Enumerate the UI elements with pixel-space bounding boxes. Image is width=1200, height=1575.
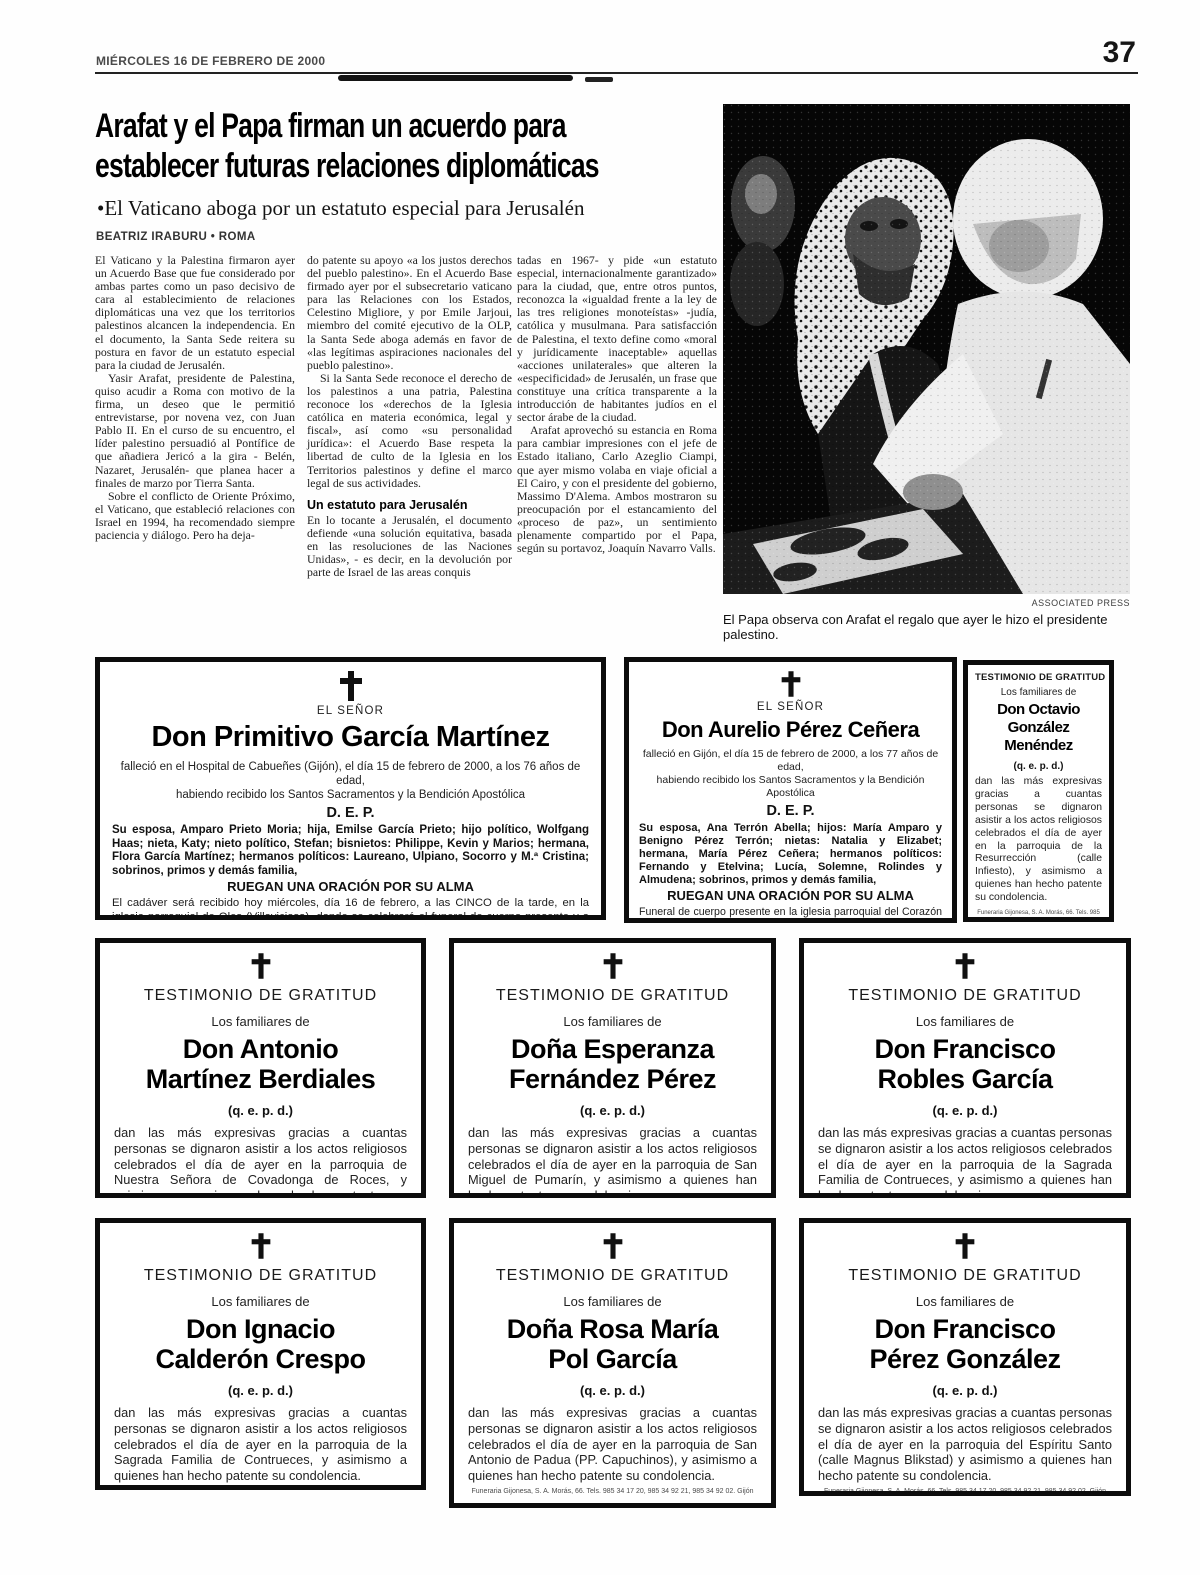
- gratitude-francisco-perez: TESTIMONIO DE GRATITUD Los familiares de…: [799, 1218, 1131, 1496]
- gratitude-intro: Los familiares de: [468, 1014, 757, 1029]
- death-notice-line: falleció en Gijón, el día 15 de febrero …: [639, 748, 942, 774]
- deceased-name: Don Primitivo García Martínez: [112, 721, 589, 754]
- paragraph: Arafat aprovechó su estancia en Roma par…: [517, 424, 717, 555]
- name-line: Pérez González: [818, 1344, 1112, 1374]
- deceased-name: Doña Esperanza Fernández Pérez: [468, 1034, 757, 1094]
- gratitude-body: dan las más expresivas gracias a cuantas…: [818, 1125, 1112, 1198]
- name-line: Don Francisco: [818, 1034, 1112, 1064]
- name-line: Fernández Pérez: [468, 1064, 757, 1094]
- qepd-abbreviation: (q. e. p. d.): [114, 1103, 407, 1118]
- deceased-name: Don Antonio Martínez Berdiales: [114, 1034, 407, 1094]
- gratitude-body: dan las más expresivas gracias a cuantas…: [975, 776, 1102, 905]
- dep-abbreviation: D. E. P.: [639, 803, 942, 819]
- name-line: Don Francisco: [818, 1314, 1112, 1344]
- qepd-abbreviation: (q. e. p. d.): [114, 1383, 407, 1398]
- gratitude-intro: Los familiares de: [468, 1294, 757, 1309]
- family-list: Su esposa, Amparo Prieto Moria; hija, Em…: [112, 824, 589, 878]
- header-rule-blob: [585, 77, 613, 82]
- name-line: Menéndez: [975, 737, 1102, 755]
- funeral-home-line: Funeraria Gijonesa, S. A. Morás, 66. Tel…: [975, 909, 1102, 922]
- funeral-info: El cadáver será recibido hoy miércoles, …: [112, 897, 589, 920]
- deceased-name: Don Francisco Pérez González: [818, 1314, 1112, 1374]
- gratitude-title: TESTIMONIO DE GRATITUD: [818, 1267, 1112, 1285]
- gratitude-title: TESTIMONIO DE GRATITUD: [468, 1267, 757, 1285]
- deceased-name: Don Francisco Robles García: [818, 1034, 1112, 1094]
- latin-cross-icon: [779, 671, 801, 697]
- article-subhead: •El Vaticano aboga por un estatuto espec…: [97, 196, 584, 221]
- news-photo-illustration: [723, 104, 1130, 594]
- gratitude-antonio-martinez: TESTIMONIO DE GRATITUD Los familiares de…: [95, 938, 426, 1198]
- gratitude-rosa-maria-pol: TESTIMONIO DE GRATITUD Los familiares de…: [449, 1218, 776, 1508]
- gratitude-body: dan las más expresivas gracias a cuantas…: [468, 1405, 757, 1484]
- article-column-1: El Vaticano y la Palestina firmaron ayer…: [95, 254, 295, 542]
- gratitude-esperanza-fernandez: TESTIMONIO DE GRATITUD Los familiares de…: [449, 938, 776, 1198]
- header-rule-smudge: [338, 75, 573, 81]
- gratitude-intro: Los familiares de: [818, 1014, 1112, 1029]
- dep-abbreviation: D. E. P.: [112, 805, 589, 821]
- headline-line2: establecer futuras relaciones diplomátic…: [95, 146, 599, 186]
- name-line: Don Octavio: [975, 701, 1102, 719]
- paragraph: En lo tocante a Jerusalén, el documento …: [307, 514, 512, 579]
- gratitude-title: TESTIMONIO DE GRATITUD: [468, 987, 757, 1005]
- name-line: Martínez Berdiales: [114, 1064, 407, 1094]
- name-line: Doña Esperanza: [468, 1034, 757, 1064]
- prayer-request: RUEGAN UNA ORACIÓN POR SU ALMA: [112, 879, 589, 894]
- gratitude-intro: Los familiares de: [114, 1014, 407, 1029]
- name-line: Pol García: [468, 1344, 757, 1374]
- gratitude-body: dan las más expresivas gracias a cuantas…: [114, 1125, 407, 1198]
- paragraph: El Vaticano y la Palestina firmaron ayer…: [95, 254, 295, 372]
- death-notice-line: falleció en el Hospital de Cabueñes (Gij…: [112, 760, 589, 788]
- qepd-abbreviation: (q. e. p. d.): [468, 1103, 757, 1118]
- latin-cross-icon: [249, 953, 271, 979]
- name-line: Don Ignacio: [114, 1314, 407, 1344]
- prayer-request: RUEGAN UNA ORACIÓN POR SU ALMA: [639, 888, 942, 903]
- gratitude-title: TESTIMONIO DE GRATITUD: [975, 672, 1102, 683]
- name-line: Doña Rosa María: [468, 1314, 757, 1344]
- funeral-info: Funeral de cuerpo presente en la iglesia…: [639, 906, 942, 923]
- article-byline: BEATRIZ IRABURU • ROMA: [96, 231, 256, 243]
- latin-cross-icon: [601, 953, 623, 979]
- funeral-home-line: Funeraria Gijonesa, S. A. Morás, 66. Tel…: [818, 1488, 1112, 1496]
- family-list: Su esposa, Ana Terrón Abella; hijos: Mar…: [639, 822, 942, 887]
- obituary-aurelio-perez: EL SEÑOR Don Aurelio Pérez Ceñera fallec…: [624, 657, 957, 923]
- gratitude-intro: Los familiares de: [114, 1294, 407, 1309]
- funeral-home-line: Funeraria Gijonesa, S. A. Morás, 66. Tel…: [468, 1488, 757, 1497]
- deceased-name: Doña Rosa María Pol García: [468, 1314, 757, 1374]
- header-rule: [95, 72, 1138, 74]
- deceased-name: Don Ignacio Calderón Crespo: [114, 1314, 407, 1374]
- name-line: Calderón Crespo: [114, 1344, 407, 1374]
- gratitude-ignacio-calderon: TESTIMONIO DE GRATITUD Los familiares de…: [95, 1218, 426, 1490]
- paragraph: Si la Santa Sede reconoce el derecho de …: [307, 372, 512, 490]
- funeral-home-line: Funeraria Gijonesa, S. A. Morás, 66. Tel…: [114, 1488, 407, 1490]
- qepd-abbreviation: (q. e. p. d.): [818, 1103, 1112, 1118]
- article-column-2: do patente su apoyo «a los justos derech…: [307, 254, 512, 579]
- latin-cross-icon: [954, 1233, 976, 1259]
- gratitude-octavio-gonzalez: TESTIMONIO DE GRATITUD Los familiares de…: [963, 660, 1114, 922]
- qepd-abbreviation: (q. e. p. d.): [975, 761, 1102, 772]
- latin-cross-icon: [954, 953, 976, 979]
- obituary-primitivo-garcia: EL SEÑOR Don Primitivo García Martínez f…: [95, 657, 606, 920]
- paragraph: do patente su apoyo «a los justos derech…: [307, 254, 512, 372]
- gratitude-title: TESTIMONIO DE GRATITUD: [114, 1267, 407, 1285]
- deceased-name: Don Octavio González Menéndez: [975, 701, 1102, 755]
- photo-caption: El Papa observa con Arafat el regalo que…: [723, 612, 1130, 642]
- news-photo: [723, 104, 1130, 594]
- name-line: Robles García: [818, 1064, 1112, 1094]
- latin-cross-icon: [249, 1233, 271, 1259]
- gratitude-intro: Los familiares de: [818, 1294, 1112, 1309]
- deceased-name: Don Aurelio Pérez Ceñera: [639, 717, 942, 743]
- name-line: Don Antonio: [114, 1034, 407, 1064]
- latin-cross-icon: [338, 671, 364, 701]
- article-column-3: tadas en 1967- y pide «un estatuto espec…: [517, 254, 717, 555]
- column-subhead: Un estatuto para Jerusalén: [307, 499, 512, 512]
- latin-cross-icon: [601, 1233, 623, 1259]
- obituary-header: EL SEÑOR: [112, 705, 589, 717]
- gratitude-francisco-robles: TESTIMONIO DE GRATITUD Los familiares de…: [799, 938, 1131, 1198]
- gratitude-title: TESTIMONIO DE GRATITUD: [818, 987, 1112, 1005]
- gratitude-intro: Los familiares de: [975, 687, 1102, 698]
- paragraph: Sobre el conflicto de Oriente Próximo, e…: [95, 490, 295, 542]
- gratitude-body: dan las más expresivas gracias a cuantas…: [468, 1125, 757, 1198]
- gratitude-body: dan las más expresivas gracias a cuantas…: [114, 1405, 407, 1484]
- obituary-header: EL SEÑOR: [639, 701, 942, 713]
- page-date: MIÉRCOLES 16 DE FEBRERO DE 2000: [96, 54, 325, 68]
- paragraph: tadas en 1967- y pide «un estatuto espec…: [517, 254, 717, 424]
- gratitude-title: TESTIMONIO DE GRATITUD: [114, 987, 407, 1005]
- newspaper-page: MIÉRCOLES 16 DE FEBRERO DE 2000 37 Arafa…: [0, 0, 1200, 1575]
- headline-line1: Arafat y el Papa firman un acuerdo para: [95, 106, 599, 146]
- page-number: 37: [1103, 36, 1136, 70]
- death-notice-line: habiendo recibido los Santos Sacramentos…: [112, 788, 589, 802]
- paragraph: Yasir Arafat, presidente de Palestina, q…: [95, 372, 295, 490]
- name-line: González: [975, 719, 1102, 737]
- gratitude-body: dan las más expresivas gracias a cuantas…: [818, 1405, 1112, 1484]
- qepd-abbreviation: (q. e. p. d.): [468, 1383, 757, 1398]
- qepd-abbreviation: (q. e. p. d.): [818, 1383, 1112, 1398]
- photo-credit: ASSOCIATED PRESS: [723, 598, 1130, 608]
- article-headline: Arafat y el Papa firman un acuerdo para …: [95, 106, 741, 186]
- death-notice-line: habiendo recibido los Santos Sacramentos…: [639, 774, 942, 800]
